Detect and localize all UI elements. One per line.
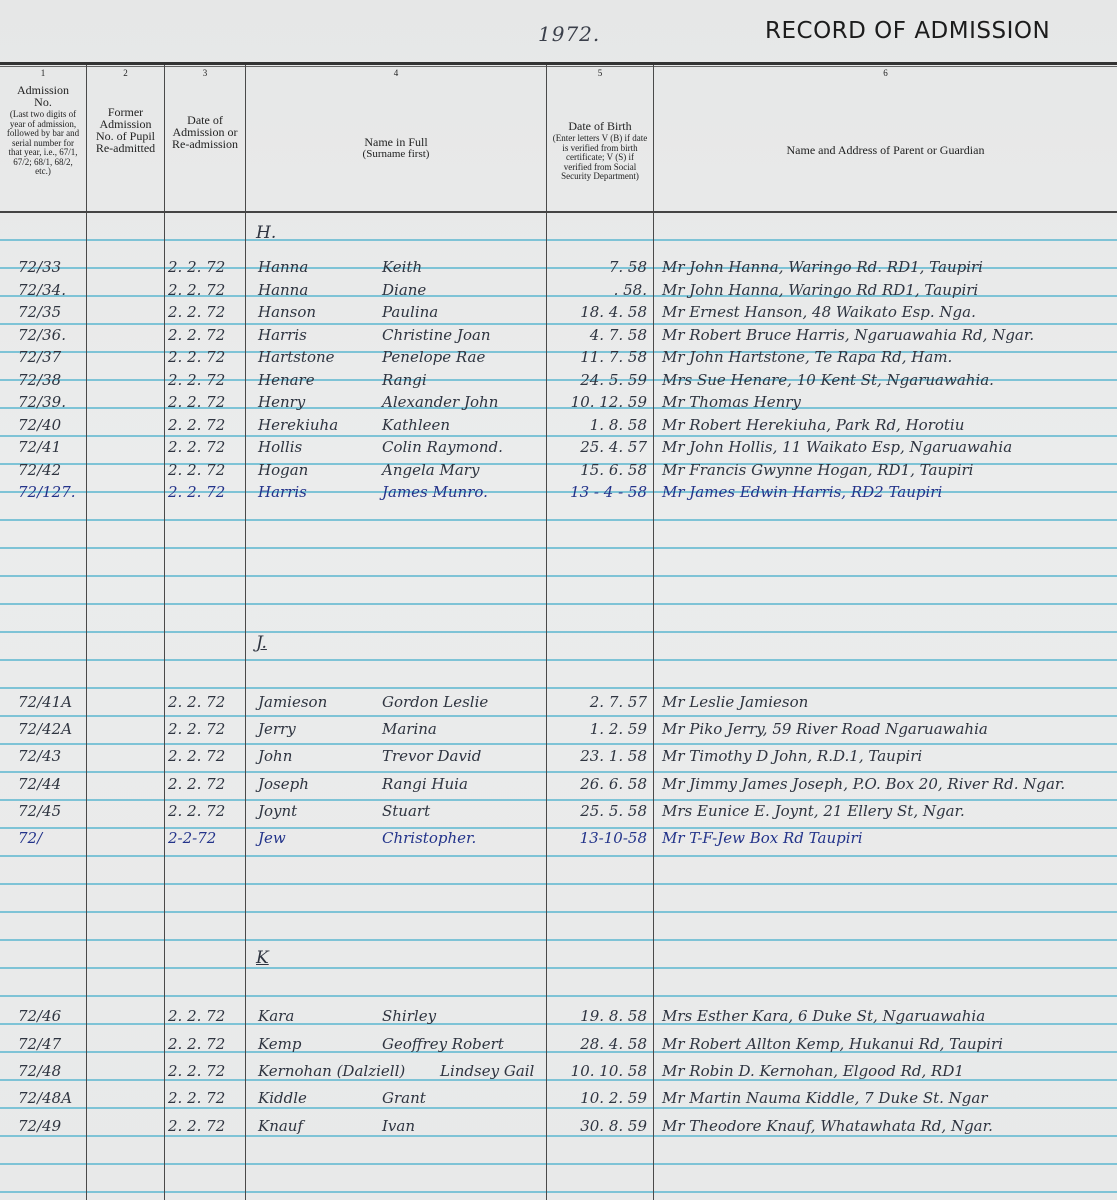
date-of-birth: 30. 8. 59 [547, 1117, 647, 1135]
admission-date: 2-2-72 [168, 829, 216, 847]
date-of-birth: 25. 5. 58 [547, 802, 647, 820]
parent-guardian-name-address: Mr Robert Herekiuha, Park Rd, Horotiu [662, 416, 964, 434]
pupil-given-names: Christopher. [382, 829, 476, 847]
pupil-given-names: James Munro. [382, 483, 488, 501]
pupil-given-names: Paulina [382, 303, 438, 321]
parent-guardian-name-address: Mr Timothy D John, R.D.1, Taupiri [662, 747, 922, 765]
parent-guardian-name-address: Mr John Hanna, Waringo Rd RD1, Taupiri [662, 281, 978, 299]
column-number: 6 [654, 68, 1117, 78]
date-of-birth: 11. 7. 58 [547, 348, 647, 366]
pupil-given-names: Kathleen [382, 416, 450, 434]
pupil-given-names: Christine Joan [382, 326, 491, 344]
section-letter: K [256, 949, 269, 967]
parent-guardian-name-address: Mr Robin D. Kernohan, Elgood Rd, RD1 [662, 1062, 964, 1080]
column-label: Date of Admission or Re-admission [165, 84, 245, 150]
parent-guardian-name-address: Mr John Hollis, 11 Waikato Esp, Ngaruawa… [662, 438, 1012, 456]
admission-number: 72/41 [18, 438, 61, 456]
column-header-parent: 6 Name and Address of Parent or Guardian [654, 68, 1117, 210]
pupil-surname: Harris [258, 483, 307, 501]
column-divider [164, 65, 165, 1200]
admission-date: 2. 2. 72 [168, 747, 225, 765]
admission-date: 2. 2. 72 [168, 802, 225, 820]
pupil-surname: Joynt [258, 802, 297, 820]
column-number: 1 [0, 68, 86, 78]
pupil-given-names: Geoffrey Robert [382, 1035, 504, 1053]
admission-date: 2. 2. 72 [168, 371, 225, 389]
pupil-given-names: Trevor David [382, 747, 481, 765]
pupil-surname: Henare [258, 371, 315, 389]
date-of-birth: 25. 4. 57 [547, 438, 647, 456]
pupil-surname: Herekiuha [258, 416, 338, 434]
section-letter: H. [256, 224, 276, 242]
column-label: Name in Full [246, 84, 546, 148]
column-label: Admission No. [0, 84, 86, 108]
column-number: 4 [246, 68, 546, 78]
admission-date: 2. 2. 72 [168, 1089, 225, 1107]
admission-number: 72/47 [18, 1035, 61, 1053]
admission-number: 72/44 [18, 775, 61, 793]
date-of-birth: 13 - 4 - 58 [547, 483, 647, 501]
pupil-given-names: Marina [382, 720, 437, 738]
admission-number: 72/42 [18, 461, 61, 479]
pupil-surname: Hollis [258, 438, 302, 456]
pupil-given-names: Alexander John [382, 393, 498, 411]
admission-date: 2. 2. 72 [168, 416, 225, 434]
admission-number: 72/127. [18, 483, 76, 501]
header-top-rule-thin [0, 66, 1117, 67]
ledger-page: 1972. RECORD OF ADMISSION 1 Admission No… [0, 0, 1117, 1200]
parent-guardian-name-address: Mrs Eunice E. Joynt, 21 Ellery St, Ngar. [662, 802, 965, 820]
pupil-given-names: Colin Raymond. [382, 438, 503, 456]
pupil-given-names: Rangi [382, 371, 427, 389]
pupil-given-names: Stuart [382, 802, 430, 820]
header-bottom-rule [0, 211, 1117, 213]
header-top-rule [0, 62, 1117, 65]
admission-number: 72/46 [18, 1007, 61, 1025]
date-of-birth: 23. 1. 58 [547, 747, 647, 765]
pupil-surname: John [258, 747, 292, 765]
admission-date: 2. 2. 72 [168, 461, 225, 479]
parent-guardian-name-address: Mr John Hanna, Waringo Rd. RD1, Taupiri [662, 258, 983, 276]
admission-number: 72/42A [18, 720, 72, 738]
pupil-surname: Jerry [258, 720, 296, 738]
admission-number: 72/35 [18, 303, 61, 321]
pupil-given-names: Grant [382, 1089, 426, 1107]
pupil-surname: Henry [258, 393, 305, 411]
admission-date: 2. 2. 72 [168, 1062, 225, 1080]
column-label: Former Admission No. of Pupil Re-admitte… [87, 84, 164, 154]
pupil-given-names: Rangi Huia [382, 775, 468, 793]
parent-guardian-name-address: Mr Robert Allton Kemp, Hukanui Rd, Taupi… [662, 1035, 1003, 1053]
admission-date: 2. 2. 72 [168, 281, 225, 299]
column-label: Date of Birth [547, 84, 653, 132]
admission-number: 72/41A [18, 693, 72, 711]
parent-guardian-name-address: Mr Piko Jerry, 59 River Road Ngaruawahia [662, 720, 988, 738]
admission-date: 2. 2. 72 [168, 775, 225, 793]
handwritten-year: 1972. [538, 22, 600, 46]
pupil-surname: Jew [258, 829, 286, 847]
pupil-surname: Hanna [258, 281, 308, 299]
admission-date: 2. 2. 72 [168, 693, 225, 711]
column-number: 2 [87, 68, 164, 78]
admission-number: 72/39. [18, 393, 66, 411]
page-title: RECORD OF ADMISSION [765, 18, 1050, 44]
date-of-birth: 1. 8. 58 [547, 416, 647, 434]
column-label: Name and Address of Parent or Guardian [654, 84, 1117, 156]
parent-guardian-name-address: Mr Theodore Knauf, Whatawhata Rd, Ngar. [662, 1117, 993, 1135]
column-note: (Last two digits of year of admission, f… [0, 108, 86, 177]
date-of-birth: 2. 7. 57 [547, 693, 647, 711]
admission-number: 72/48 [18, 1062, 61, 1080]
pupil-given-names: Diane [382, 281, 426, 299]
admission-number: 72/45 [18, 802, 61, 820]
admission-number: 72/48A [18, 1089, 72, 1107]
date-of-birth: 13-10-58 [547, 829, 647, 847]
pupil-surname: Kemp [258, 1035, 302, 1053]
admission-date: 2. 2. 72 [168, 1117, 225, 1135]
pupil-given-names: Lindsey Gail [440, 1062, 534, 1080]
parent-guardian-name-address: Mr Thomas Henry [662, 393, 801, 411]
admission-date: 2. 2. 72 [168, 326, 225, 344]
admission-date: 2. 2. 72 [168, 720, 225, 738]
pupil-surname: Hanson [258, 303, 316, 321]
pupil-given-names: Keith [382, 258, 422, 276]
pupil-surname: Hogan [258, 461, 308, 479]
admission-number: 72/33 [18, 258, 61, 276]
parent-guardian-name-address: Mr John Hartstone, Te Rapa Rd, Ham. [662, 348, 952, 366]
parent-guardian-name-address: Mr Ernest Hanson, 48 Waikato Esp. Nga. [662, 303, 976, 321]
admission-date: 2. 2. 72 [168, 1007, 225, 1025]
admission-number: 72/34. [18, 281, 66, 299]
date-of-birth: 15. 6. 58 [547, 461, 647, 479]
pupil-surname: Jamieson [258, 693, 327, 711]
parent-guardian-name-address: Mr T-F-Jew Box Rd Taupiri [662, 829, 863, 847]
date-of-birth: 19. 8. 58 [547, 1007, 647, 1025]
column-header-admission-no: 1 Admission No. (Last two digits of year… [0, 68, 86, 210]
column-number: 3 [165, 68, 245, 78]
column-header-date-admission: 3 Date of Admission or Re-admission [165, 68, 245, 210]
date-of-birth: 7. 58 [547, 258, 647, 276]
parent-guardian-name-address: Mr Robert Bruce Harris, Ngaruawahia Rd, … [662, 326, 1034, 344]
admission-number: 72/49 [18, 1117, 61, 1135]
column-header-former-admission: 2 Former Admission No. of Pupil Re-admit… [87, 68, 164, 210]
admission-number: 72/ [18, 829, 42, 847]
pupil-surname: Kernohan (Dalziell) [258, 1062, 405, 1080]
pupil-surname: Kara [258, 1007, 294, 1025]
pupil-surname: Hanna [258, 258, 308, 276]
admission-date: 2. 2. 72 [168, 483, 225, 501]
parent-guardian-name-address: Mr Martin Nauma Kiddle, 7 Duke St. Ngar [662, 1089, 988, 1107]
pupil-surname: Kiddle [258, 1089, 307, 1107]
date-of-birth: 1. 2. 59 [547, 720, 647, 738]
parent-guardian-name-address: Mr Jimmy James Joseph, P.O. Box 20, Rive… [662, 775, 1065, 793]
pupil-surname: Joseph [258, 775, 309, 793]
column-divider [653, 65, 654, 1200]
section-letter: J. [256, 634, 267, 652]
admission-date: 2. 2. 72 [168, 348, 225, 366]
parent-guardian-name-address: Mrs Sue Henare, 10 Kent St, Ngaruawahia. [662, 371, 994, 389]
pupil-given-names: Shirley [382, 1007, 436, 1025]
pupil-given-names: Gordon Leslie [382, 693, 488, 711]
column-note: (Surname first) [246, 148, 546, 160]
date-of-birth: 18. 4. 58 [547, 303, 647, 321]
admission-number: 72/37 [18, 348, 61, 366]
admission-number: 72/40 [18, 416, 61, 434]
admission-number: 72/43 [18, 747, 61, 765]
column-divider [546, 65, 547, 1200]
admission-date: 2. 2. 72 [168, 258, 225, 276]
date-of-birth: 24. 5. 59 [547, 371, 647, 389]
admission-date: 2. 2. 72 [168, 1035, 225, 1053]
admission-number: 72/38 [18, 371, 61, 389]
date-of-birth: 28. 4. 58 [547, 1035, 647, 1053]
column-divider [86, 65, 87, 1200]
pupil-given-names: Ivan [382, 1117, 415, 1135]
pupil-surname: Harris [258, 326, 307, 344]
parent-guardian-name-address: Mrs Esther Kara, 6 Duke St, Ngaruawahia [662, 1007, 985, 1025]
column-header-name: 4 Name in Full (Surname first) [246, 68, 546, 210]
admission-date: 2. 2. 72 [168, 393, 225, 411]
date-of-birth: 4. 7. 58 [547, 326, 647, 344]
date-of-birth: 10. 12. 59 [547, 393, 647, 411]
pupil-given-names: Angela Mary [382, 461, 479, 479]
pupil-surname: Hartstone [258, 348, 335, 366]
date-of-birth: 10. 10. 58 [547, 1062, 647, 1080]
pupil-surname: Knauf [258, 1117, 303, 1135]
admission-number: 72/36. [18, 326, 66, 344]
parent-guardian-name-address: Mr Leslie Jamieson [662, 693, 808, 711]
date-of-birth: . 58. [547, 281, 647, 299]
column-note: (Enter letters V (B) if date is verified… [547, 132, 653, 182]
pupil-given-names: Penelope Rae [382, 348, 485, 366]
column-divider [245, 65, 246, 1200]
admission-date: 2. 2. 72 [168, 303, 225, 321]
column-number: 5 [547, 68, 653, 78]
column-header-dob: 5 Date of Birth (Enter letters V (B) if … [547, 68, 653, 210]
parent-guardian-name-address: Mr James Edwin Harris, RD2 Taupiri [662, 483, 942, 501]
date-of-birth: 26. 6. 58 [547, 775, 647, 793]
admission-date: 2. 2. 72 [168, 438, 225, 456]
date-of-birth: 10. 2. 59 [547, 1089, 647, 1107]
parent-guardian-name-address: Mr Francis Gwynne Hogan, RD1, Taupiri [662, 461, 973, 479]
